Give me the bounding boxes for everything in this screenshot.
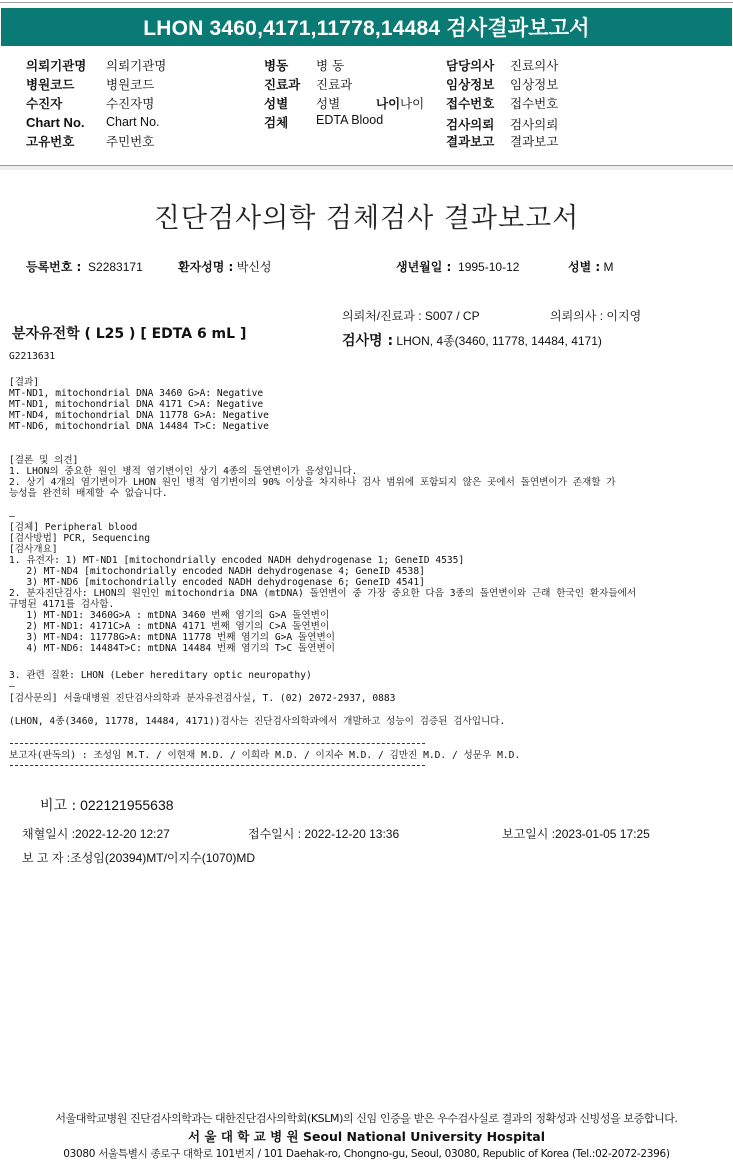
detail-line: [검사방법] PCR, Sequencing (9, 533, 636, 544)
conclusion-line: 능성을 완전히 배제할 수 없습니다. (9, 488, 616, 499)
dashed-rule (10, 743, 425, 744)
collection-time: 채혈일시 :2022-12-20 12:27 (22, 825, 170, 842)
section-title: 분자유전학 ( L25 ) [ EDTA 6 mL ] (12, 323, 246, 343)
detail-line: 2. 분자진단검사: LHON의 원인인 mitochondria DNA (m… (9, 588, 636, 599)
field-label: 담당의사 (446, 56, 494, 74)
field-value: 진료의사 (510, 56, 558, 74)
field-label: 병원코드 (26, 75, 74, 93)
patient-name: 환자성명 : 박신성 (178, 258, 271, 275)
detail-line: 2) MT-ND1: 4171C>A : mtDNA 4171 번째 염기의 C… (9, 621, 636, 632)
field-value: 나이 (400, 94, 424, 112)
remarks: 비고 : 022121955638 (40, 795, 174, 815)
report-title: 진단검사의학 검체검사 결과보고서 (0, 196, 733, 235)
dashed-rule (10, 765, 425, 766)
conclusion-line: 2. 상기 4개의 염기변이가 LHON 원인 병적 염기변이의 90% 이상을… (9, 477, 616, 488)
registration-number: 등록번호 : S2283171 (26, 258, 143, 275)
field-value: 수진자명 (106, 94, 154, 112)
detail-line: 1. 유전자: 1) MT-ND1 [mitochondrially encod… (9, 555, 636, 566)
detail-line: 2) MT-ND4 [mitochondrially encoded NADH … (9, 566, 636, 577)
field-label: 고유번호 (26, 132, 74, 150)
conclusion-heading: [결론 및 의견] (9, 455, 616, 466)
field-value: 병원코드 (106, 75, 154, 93)
field-label: 의뢰기관명 (26, 56, 86, 74)
reporter: 보 고 자 :조성임(20394)MT/이지수(1070)MD (22, 849, 255, 866)
detail-line: 1) MT-ND1: 3460G>A : mtDNA 3460 번째 염기의 G… (9, 610, 636, 621)
field-value: 의뢰기관명 (106, 56, 166, 74)
results-heading: [결과] (9, 377, 269, 388)
field-value: 접수번호 (510, 94, 558, 112)
detail-line: 4) MT-ND6: 14484T>C: mtDNA 14484 번째 염기의 … (9, 643, 636, 654)
field-label: 검사의뢰 (446, 115, 494, 133)
header-fields: 의뢰기관명 의뢰기관명 병원코드 병원코드 수진자 수진자명 Chart No.… (0, 0, 733, 160)
result-line: MT-ND4, mitochondrial DNA 11778 G>A: Neg… (9, 410, 269, 421)
field-label: Chart No. (26, 115, 85, 130)
received-time: 접수일시 : 2022-12-20 13:36 (248, 825, 399, 842)
field-label: 접수번호 (446, 94, 494, 112)
field-value: 진료과 (316, 75, 352, 93)
details-section: — [검체] Peripheral blood [검사방법] PCR, Sequ… (9, 511, 636, 654)
result-line: MT-ND6, mitochondrial DNA 14484 T>C: Neg… (9, 421, 269, 432)
field-label: 임상정보 (446, 75, 494, 93)
divider: — (9, 511, 636, 522)
conclusion-section: [결론 및 의견] 1. LHON의 중요한 원인 병적 염기변이인 상기 4종… (9, 455, 616, 499)
detail-line: [검체] Peripheral blood (9, 522, 636, 533)
field-label: 검체 (264, 113, 288, 131)
detail-line: 규명된 4171를 검사함. (9, 599, 636, 610)
date-of-birth: 생년월일 : 1995-10-12 (396, 258, 519, 275)
field-label: 진료과 (264, 75, 300, 93)
field-value: 병 동 (316, 56, 344, 74)
detail-line: [검사개요] (9, 544, 636, 555)
referral-department: 의뢰처/진료과 : S007 / CP (342, 307, 480, 324)
results-section: [결과] MT-ND1, mitochondrial DNA 3460 G>A:… (9, 377, 269, 432)
validation-note: (LHON, 4종(3460, 11778, 14484, 4171))검사는 … (9, 716, 505, 727)
field-value: 검사의뢰 (510, 115, 558, 133)
field-label: 나이 (376, 94, 400, 112)
conclusion-line: 1. LHON의 중요한 원인 병적 염기변이인 상기 4종의 돌연변이가 음성… (9, 466, 616, 477)
field-value: 임상정보 (510, 75, 558, 93)
patient-sex: 성별 : M (568, 258, 614, 275)
reporters: 보고자(판독의) : 조성임 M.T. / 이현재 M.D. / 이희라 M.D… (9, 750, 520, 761)
field-value: Chart No. (106, 115, 160, 129)
report-time: 보고일시 :2023-01-05 17:25 (502, 825, 650, 842)
test-name: 검사명 : LHON, 4종(3460, 11778, 14484, 4171) (342, 330, 602, 350)
field-label: 수진자 (26, 94, 62, 112)
hospital-name: 서 울 대 학 교 병 원 Seoul National University … (0, 1127, 733, 1145)
detail-line: 3) MT-ND4: 11778G>A: mtDNA 11778 번째 염기의 … (9, 632, 636, 643)
specimen-id: G2213631 (9, 351, 55, 362)
field-label: 결과보고 (446, 132, 494, 150)
referring-doctor: 의뢰의사 : 이지영 (550, 307, 641, 324)
result-line: MT-ND1, mitochondrial DNA 4171 C>A: Nega… (9, 399, 269, 410)
related-disease: 3. 관련 질환: LHON (Leber hereditary optic n… (9, 670, 312, 681)
field-value: 성별 (316, 94, 340, 112)
detail-line: 3) MT-ND6 [mitochondrially encoded NADH … (9, 577, 636, 588)
field-value: 결과보고 (510, 132, 558, 150)
hospital-address: 03080 서울특별시 종로구 대학로 101번지 / 101 Daehak-r… (0, 1146, 733, 1161)
field-value: 주민번호 (106, 132, 154, 150)
certification-note: 서울대학교병원 진단검사의학과는 대한진단검사의학회(KSLM)의 신임 인증을… (0, 1110, 733, 1126)
inquiry-contact: [검사문의] 서울대병원 진단검사의학과 분자유전검사실, T. (02) 20… (9, 693, 395, 704)
section-divider-band (0, 166, 733, 170)
divider: — (9, 681, 15, 692)
field-value: EDTA Blood (316, 113, 383, 127)
result-line: MT-ND1, mitochondrial DNA 3460 G>A: Nega… (9, 388, 269, 399)
field-label: 병동 (264, 56, 288, 74)
field-label: 성별 (264, 94, 288, 112)
